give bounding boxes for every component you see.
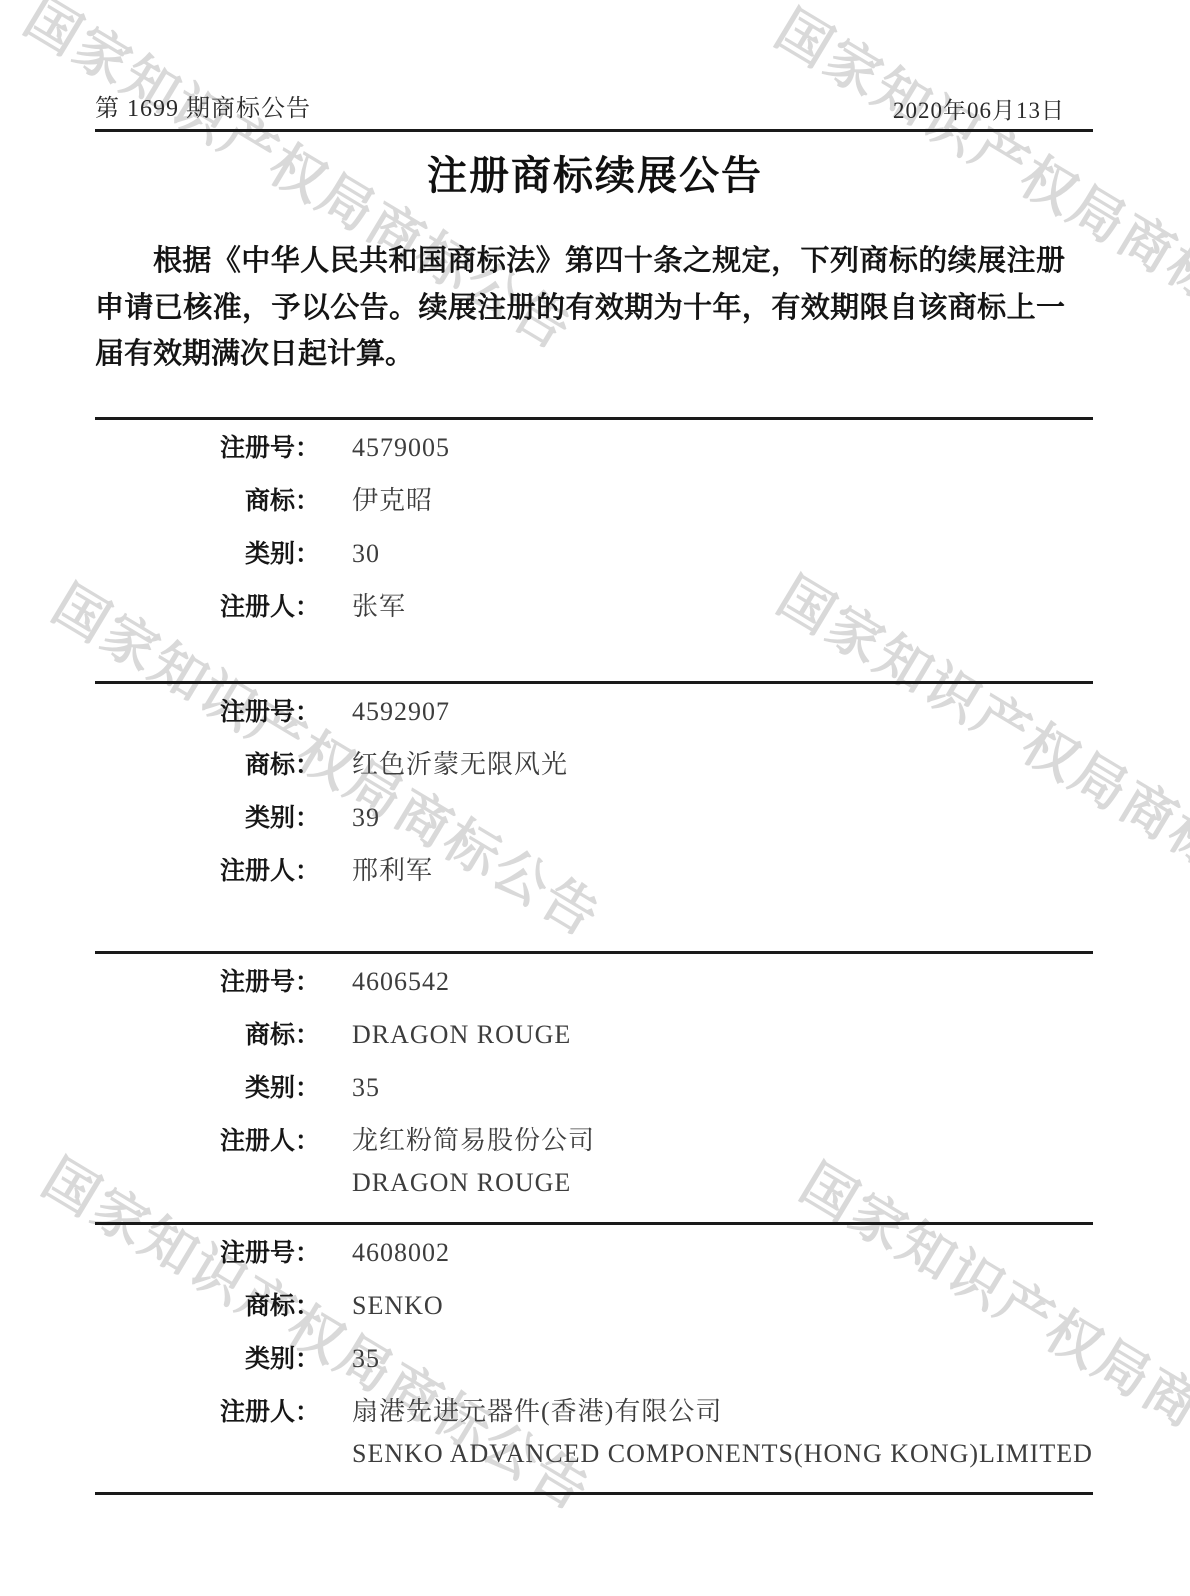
trademark-label: 商标： [95,489,320,515]
regno-value: 4592907 [352,699,450,725]
trademark-value: 伊克昭 [352,488,433,514]
record-row-category: 类别： 39 [95,805,1093,832]
regno-label: 注册号： [95,970,320,996]
trademark-label: 商标： [95,753,320,779]
category-value: 35 [352,1346,380,1372]
trademark-record: 注册号： 4592907 商标： 红色沂蒙无限风光 类别： 39 注册人： 邢利… [95,681,1093,885]
registrant-name-en: SENKO ADVANCED COMPONENTS(HONG KONG)LIMI… [352,1441,1093,1467]
trademark-record: 注册号： 4608002 商标： SENKO 类别： 35 注册人： 扇港先进元… [95,1222,1093,1467]
intro-paragraph: 根据《中华人民共和国商标法》第四十条之规定，下列商标的续展注册申请已核准，予以公… [95,238,1065,378]
regno-value: 4579005 [352,435,450,461]
header-divider [95,129,1093,132]
registrant-label: 注册人： [95,1400,320,1426]
trademark-record: 注册号： 4606542 商标： DRAGON ROUGE 类别： 35 注册人… [95,951,1093,1196]
record-row-category: 类别： 35 [95,1075,1093,1102]
record-row-registrant: 注册人： 张军 [95,594,1093,621]
gazette-date-label: 2020年06月13日 [893,92,1065,125]
record-row-regno: 注册号： 4608002 [95,1240,1093,1267]
record-row-category: 类别： 35 [95,1346,1093,1373]
trademark-value: DRAGON ROUGE [352,1022,571,1048]
trademark-label: 商标： [95,1023,320,1049]
registrant-value: 邢利军 [352,858,433,884]
record-row-registrant: 注册人： 邢利军 [95,858,1093,885]
category-value: 39 [352,805,380,831]
trademark-value: 红色沂蒙无限风光 [352,752,568,778]
record-row-registrant: 注册人： 扇港先进元器件(香港)有限公司 SENKO ADVANCED COMP… [95,1399,1093,1467]
record-row-regno: 注册号： 4579005 [95,435,1093,462]
record-row-regno: 注册号： 4592907 [95,699,1093,726]
registrant-label: 注册人： [95,859,320,885]
record-row-regno: 注册号： 4606542 [95,969,1093,996]
registrant-name-cn: 龙红粉简易股份公司 [352,1128,595,1154]
page-content: 第 1699 期商标公告 2020年06月13日 注册商标续展公告 根据《中华人… [0,0,1190,1596]
bottom-divider [95,1492,1093,1495]
record-row-category: 类别： 30 [95,541,1093,568]
category-label: 类别： [95,542,320,568]
registrant-value: 张军 [352,594,406,620]
regno-label: 注册号： [95,1241,320,1267]
category-label: 类别： [95,806,320,832]
registrant-value: 龙红粉简易股份公司 DRAGON ROUGE [352,1128,595,1196]
trademark-value: SENKO [352,1293,444,1319]
gazette-issue-label: 第 1699 期商标公告 [95,88,311,123]
regno-value: 4606542 [352,969,450,995]
regno-label: 注册号： [95,436,320,462]
category-value: 30 [352,541,380,567]
registrant-label: 注册人： [95,595,320,621]
registrant-name-en: DRAGON ROUGE [352,1170,595,1196]
record-row-trademark: 商标： 伊克昭 [95,488,1093,515]
record-row-trademark: 商标： 红色沂蒙无限风光 [95,752,1093,779]
record-row-registrant: 注册人： 龙红粉简易股份公司 DRAGON ROUGE [95,1128,1093,1196]
gazette-page: 国家知识产权局商标公告 国家知识产权局商标公告 国家知识产权局商标公告 国家知识… [0,0,1190,1596]
page-title: 注册商标续展公告 [0,144,1190,201]
regno-value: 4608002 [352,1240,450,1266]
record-row-trademark: 商标： DRAGON ROUGE [95,1022,1093,1049]
registrant-value: 扇港先进元器件(香港)有限公司 SENKO ADVANCED COMPONENT… [352,1399,1093,1467]
regno-label: 注册号： [95,700,320,726]
trademark-label: 商标： [95,1294,320,1320]
trademark-record: 注册号： 4579005 商标： 伊克昭 类别： 30 注册人： 张军 [95,417,1093,621]
registrant-label: 注册人： [95,1129,320,1155]
category-label: 类别： [95,1076,320,1102]
category-label: 类别： [95,1347,320,1373]
category-value: 35 [352,1075,380,1101]
record-row-trademark: 商标： SENKO [95,1293,1093,1320]
registrant-name-cn: 扇港先进元器件(香港)有限公司 [352,1399,1093,1425]
